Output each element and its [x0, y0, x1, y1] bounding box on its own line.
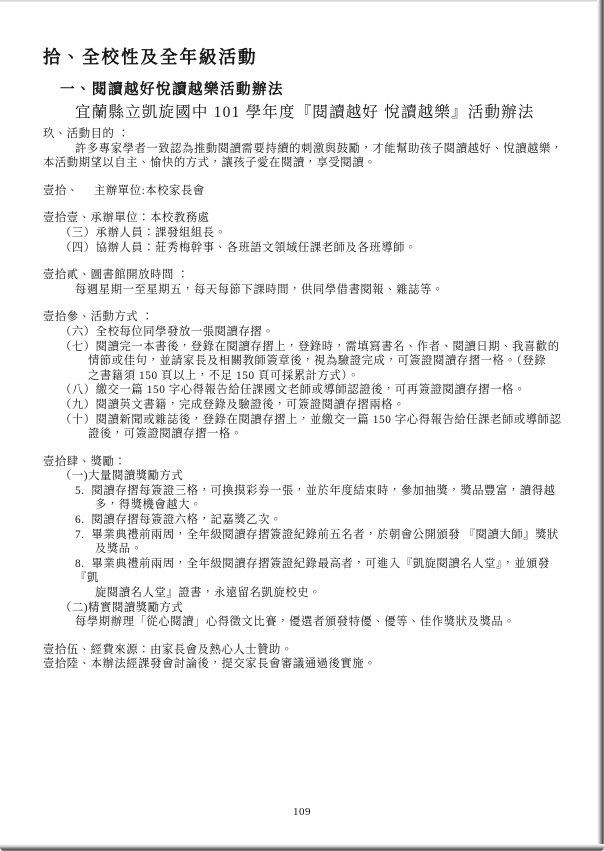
- doc-line: 每學期辦理「從心閱讀」心得徵文比賽，優選者頒發特優、優等、佳作獎狀及獎品。: [75, 615, 565, 630]
- doc-line: 5. 閱讀存摺每簽證三格，可換摸彩券一張，並於年度結束時，參加抽獎，獎品豐富，讀…: [75, 484, 565, 499]
- section-heading-organizer: 壹拾壹、承辦單位：本校教務處: [43, 211, 565, 226]
- doc-line: （六）全校每位同學發放一張閱讀存摺。: [60, 325, 565, 340]
- section-heading-funding: 壹拾伍、經費來源：由家長會及熱心人士贊助。: [43, 643, 565, 658]
- section-heading-activity-method: 壹拾參、活動方式 ：: [43, 310, 565, 325]
- doc-line: 旋閱讀名人堂』證書，永遠留名凱旋校史。: [95, 586, 565, 601]
- doc-title: 宜蘭縣立凱旋國中 101 學年度『閱讀越好 悅讀越樂』活動辦法: [75, 103, 565, 123]
- paragraph-spacer: [43, 171, 565, 184]
- doc-line: （四）協辦人員：莊秀梅幹事、各班語文領域任課老師及各班導師。: [60, 241, 565, 256]
- section-heading-host: 壹拾、 主辦單位:本校家長會: [43, 184, 565, 199]
- doc-line: 及獎品。: [95, 542, 565, 557]
- doc-line: （十）閱讀新聞或雜誌後，登錄在閱讀存摺上，並繳交一篇 150 字心得報告給任課老…: [60, 413, 565, 428]
- doc-line: （三）承辦人員：課發組組長。: [60, 226, 565, 241]
- document-content: 拾、全校性及全年級活動 一、閱讀越好悅讀越樂活動辦法 宜蘭縣立凱旋國中 101 …: [43, 0, 565, 672]
- doc-line: （一)大量閱讀獎勵方式: [60, 469, 565, 484]
- doc-line: （八）繳交一篇 150 字心得報告給任課國文老師或導師認證後，可再簽證閱讀存摺一…: [60, 383, 565, 398]
- paragraph-spacer: [43, 630, 565, 643]
- doc-line: 7. 畢業典禮前兩周，全年級閱讀存摺簽證紀錄前五名者，於朝會公開頒發 『閱讀大師…: [75, 528, 565, 543]
- doc-line: 8. 畢業典禮前兩周，全年級閱讀存摺簽證紀錄最高者，可進入『凱旋閱讀名人堂』，並…: [75, 557, 565, 586]
- doc-line: 之書籍須 150 頁以上，不足 150 頁可採累計方式）。: [88, 369, 565, 384]
- doc-line: 每週星期一至星期五，每天每節下課時間，供同學借書閱報、雜誌等。: [75, 283, 565, 298]
- section-heading-library-hours: 壹拾貳、圖書館開放時間 ：: [43, 268, 565, 283]
- page-edge-shadow-bottom: [0, 844, 604, 851]
- paragraph-spacer: [43, 442, 565, 455]
- page-number: 109: [0, 806, 604, 818]
- paragraph-spacer: [43, 255, 565, 268]
- sub-heading: 一、閱讀越好悅讀越樂活動辦法: [60, 81, 565, 99]
- doc-line: 多，得獎機會越大。: [95, 498, 565, 513]
- doc-line: （七）閱讀完一本書後，登錄在閱讀存摺上，登錄時，需填寫書名、作者、閱讀日期、我喜…: [60, 340, 565, 355]
- paragraph-spacer: [43, 198, 565, 211]
- doc-line: 情節或佳句，並請家長及相關教師簽章後，視為驗證完成，可簽證閱讀存摺一格。（登錄: [88, 354, 565, 369]
- doc-line: 證後，可簽證閱讀存摺一格。: [88, 427, 565, 442]
- document-page: 拾、全校性及全年級活動 一、閱讀越好悅讀越樂活動辦法 宜蘭縣立凱旋國中 101 …: [0, 0, 604, 851]
- page-edge-top: [0, 0, 604, 2]
- doc-line: （二)精實閱讀獎勵方式: [60, 601, 565, 616]
- main-heading: 拾、全校性及全年級活動: [43, 46, 565, 68]
- doc-line: （九）閱讀英文書籍，完成登錄及驗證後，可簽證閱讀存摺兩格。: [60, 398, 565, 413]
- doc-line: 6. 閱讀存摺每簽證六格，記嘉獎乙次。: [75, 513, 565, 528]
- doc-line: 本活動期望以自主、愉快的方式，讓孩子愛在閱讀，享受閱讀。: [43, 156, 565, 171]
- section-heading-rewards: 壹拾肆、獎勵：: [43, 455, 565, 470]
- doc-line: 許多專家學者一致認為推動閱讀需要持續的刺激與鼓勵，才能幫助孩子閱讀越好、悅讀越樂…: [75, 142, 565, 157]
- section-heading-implementation: 壹拾陸、本辦法經課發會討論後，提交家長會審議通過後實施。: [43, 657, 565, 672]
- page-edge-shadow-right: [597, 0, 604, 851]
- section-heading-purpose: 玖、活動目的 ：: [43, 127, 565, 142]
- paragraph-spacer: [43, 297, 565, 310]
